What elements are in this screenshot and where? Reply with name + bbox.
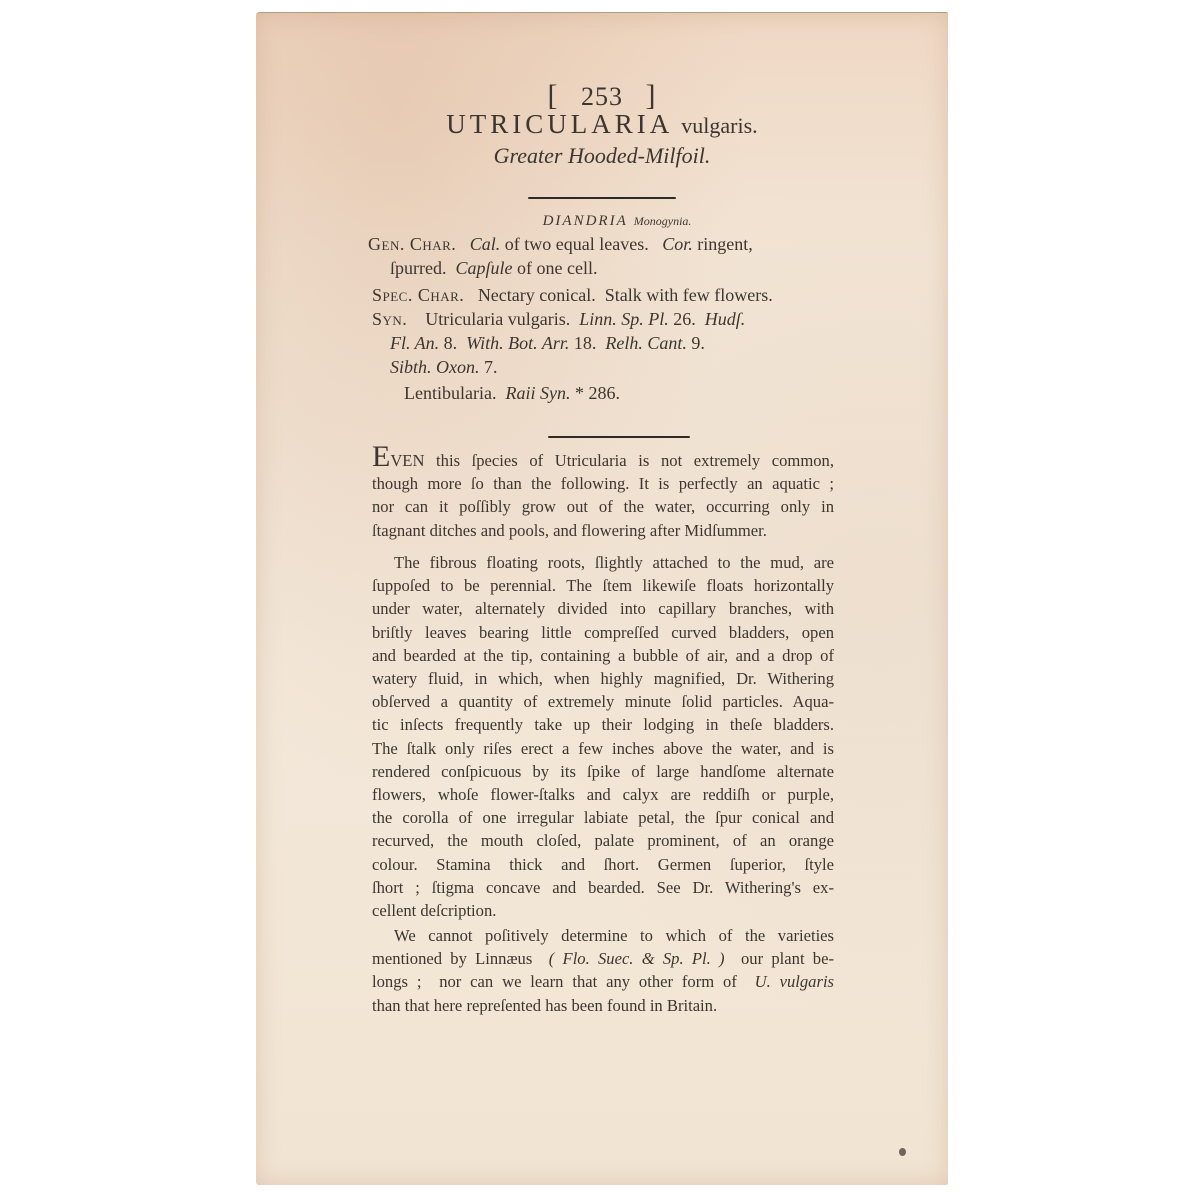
text-line: flowers, whoſe flower-ſtalks and calyx a… — [372, 783, 834, 806]
page-number-value: 253 — [581, 82, 623, 111]
text-line: ſtagnant ditches and pools, and flowerin… — [372, 519, 834, 542]
gen-char-text: of one cell. — [512, 258, 597, 278]
text-line: watery fluid, in which, when highly magn… — [372, 667, 834, 690]
text-line: ſhort ; ſtigma concave and bearded. See … — [372, 876, 834, 899]
paper-speck — [899, 1148, 906, 1156]
text-span: VEN this ſpecies of Utricularia is not e… — [390, 451, 834, 470]
text-line: obſerved a quantity of extremely minute … — [372, 690, 834, 713]
species-ref: U. vulgaris — [755, 972, 834, 991]
bracket-close: ] — [646, 79, 657, 112]
syn-ref: Raii Syn. — [505, 383, 570, 403]
page-number: [ 253 ] — [256, 79, 948, 113]
text-line: though more ſo than the following. It is… — [372, 472, 834, 495]
class-name: DIANDRIA — [543, 213, 628, 229]
text-line: cellent deſcription. — [372, 899, 834, 922]
paragraph-3: We cannot poſitively determine to which … — [372, 924, 834, 1017]
synonymy-line4: Lentibularia. Raii Syn. * 286. — [404, 382, 620, 406]
syn-text: * 286. — [570, 383, 620, 403]
syn-ref: Fl. An. — [390, 333, 439, 353]
text-span: mentioned by Linnæus — [372, 949, 549, 968]
gen-char-term: Cal. — [470, 234, 501, 254]
text-line: ſuppoſed to be perennial. The ſtem likew… — [372, 574, 834, 597]
text-span: longs ; nor can we learn that any other … — [372, 972, 755, 991]
syn-ref: With. Bot. Arr. — [466, 333, 569, 353]
text-line: EVEN this ſpecies of Utricularia is not … — [372, 447, 834, 472]
syn-text: 7. — [480, 357, 498, 377]
specific-character: Spec. Char. Nectary conical. Stalk with … — [372, 284, 773, 308]
syn-text: Utricularia vulgaris. — [425, 309, 579, 329]
order-name: Monogynia. — [634, 214, 692, 228]
syn-ref: Hudſ. — [705, 309, 746, 329]
citation: ( Flo. Suec. & Sp. Pl. ) — [549, 949, 725, 968]
gen-char-term: Cor. — [662, 234, 693, 254]
paragraph-1: EVEN this ſpecies of Utricularia is not … — [372, 447, 834, 542]
syn-ref: Sibth. Oxon. — [390, 357, 480, 377]
text-span: our plant be- — [725, 949, 834, 968]
spec-char-label: Spec. Char. — [372, 285, 464, 305]
gen-char-term: Capſule — [455, 258, 512, 278]
genus-name: UTRICULARIA — [446, 109, 673, 139]
linnaean-classification: DIANDRIAMonogynia. — [256, 213, 948, 230]
syn-text: 8. — [439, 333, 466, 353]
text-line: tic inſects frequently take up their lod… — [372, 713, 834, 736]
text-line: briſtly leaves bearing little compreſſed… — [372, 621, 834, 644]
text-line: mentioned by Linnæus ( Flo. Suec. & Sp. … — [372, 947, 834, 970]
generic-character-line2: ſpurred. Capſule of one cell. — [390, 257, 597, 281]
synonymy-line3: Sibth. Oxon. 7. — [390, 356, 498, 380]
species-epithet: vulgaris. — [681, 113, 757, 138]
synonymy-line2: Fl. An. 8. With. Bot. Arr. 18. Relh. Can… — [390, 332, 705, 356]
text-line: and bearded at the tip, containing a bub… — [372, 644, 834, 667]
drop-cap: E — [372, 440, 390, 473]
divider-rule — [548, 436, 690, 438]
text-line: The ſtalk only riſes erect a few inches … — [372, 737, 834, 760]
text-line: We cannot poſitively determine to which … — [372, 924, 834, 947]
gen-char-text: ſpurred. — [390, 258, 455, 278]
bracket-open: [ — [548, 79, 559, 112]
divider-rule — [528, 197, 676, 199]
syn-text: 18. — [569, 333, 605, 353]
gen-char-label: Gen. Char. — [368, 234, 456, 254]
common-name: Greater Hooded-Milfoil. — [256, 143, 948, 169]
syn-ref: Relh. Cant. — [605, 333, 687, 353]
text-line: the corolla of one irregular labiate pet… — [372, 806, 834, 829]
syn-text: Lentibularia. — [404, 383, 505, 403]
text-line: than that here repreſented has been foun… — [372, 994, 834, 1017]
text-line: nor can it poſſibly grow out of the wate… — [372, 495, 834, 518]
syn-text: 9. — [687, 333, 705, 353]
paragraph-2: The fibrous floating roots, ſlightly att… — [372, 551, 834, 922]
text-line: colour. Stamina thick and ſhort. Germen … — [372, 853, 834, 876]
species-title: UTRICULARIAvulgaris. — [256, 109, 948, 140]
spec-char-text: Nectary conical. Stalk with few flowers. — [478, 285, 773, 305]
generic-character-line1: Gen. Char. Cal. of two equal leaves. Cor… — [368, 233, 753, 257]
synonymy-line1: Syn. Utricularia vulgaris. Linn. Sp. Pl.… — [372, 308, 745, 332]
text-line: The fibrous floating roots, ſlightly att… — [372, 551, 834, 574]
gen-char-text: of two equal leaves. — [500, 234, 662, 254]
book-page: [ 253 ] UTRICULARIAvulgaris. Greater Hoo… — [256, 12, 948, 1185]
gen-char-text: ringent, — [693, 234, 753, 254]
syn-ref: Linn. Sp. Pl. — [579, 309, 669, 329]
text-line: rendered conſpicuous by its ſpike of lar… — [372, 760, 834, 783]
syn-label: Syn. — [372, 309, 407, 329]
text-line: recurved, the mouth cloſed, palate promi… — [372, 829, 834, 852]
syn-text: 26. — [669, 309, 705, 329]
text-line: longs ; nor can we learn that any other … — [372, 970, 834, 993]
text-line: under water, alternately divided into ca… — [372, 597, 834, 620]
